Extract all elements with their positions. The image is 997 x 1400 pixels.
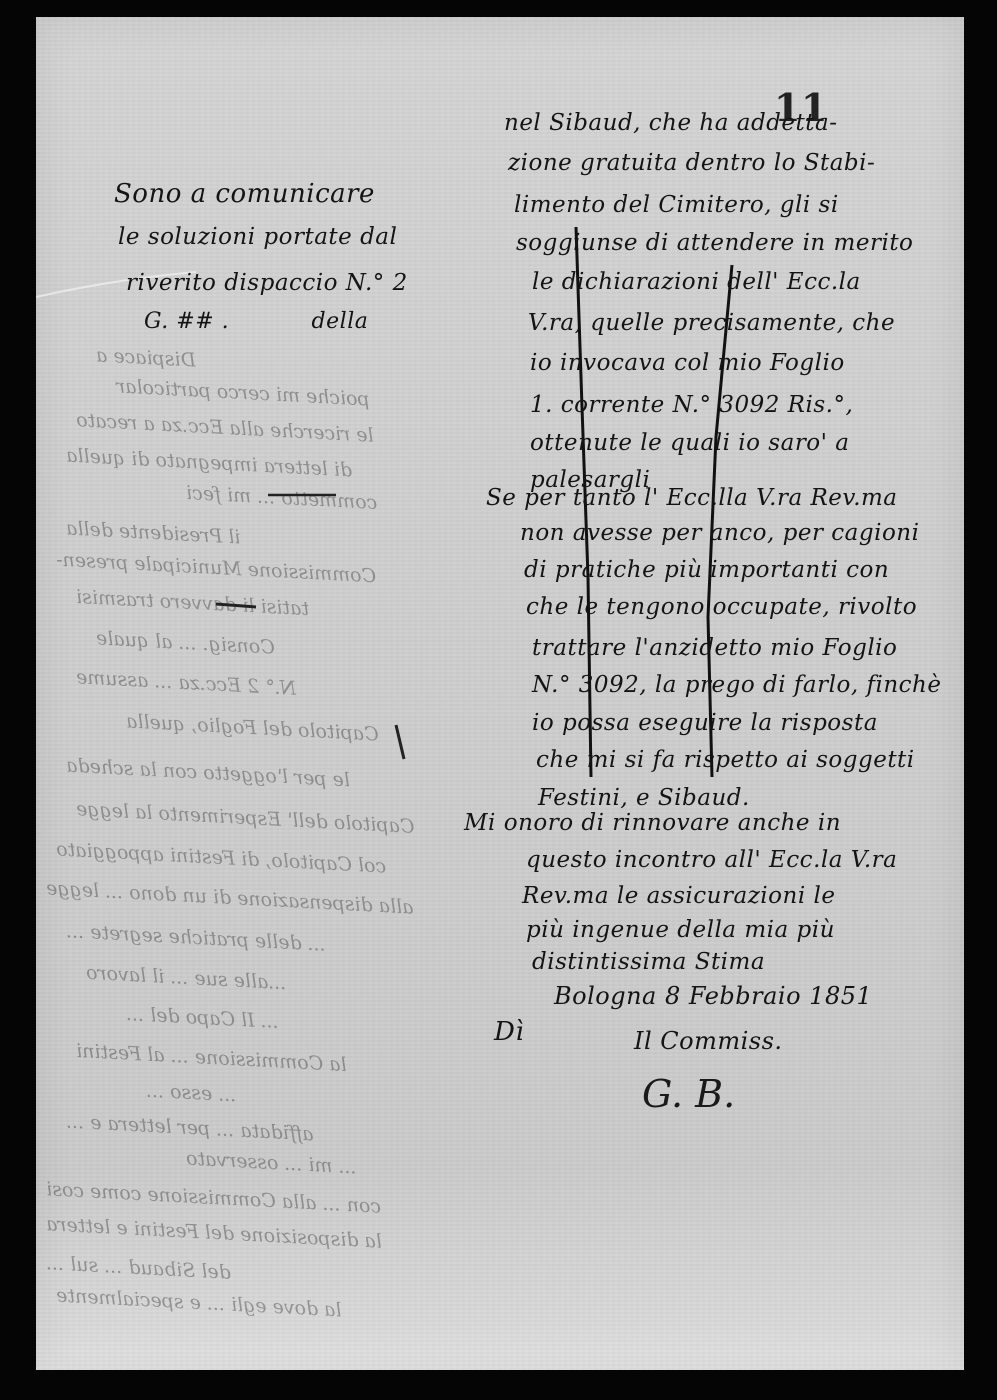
text-line: che mi si fa rispetto ai soggetti	[536, 747, 915, 773]
text-line: distintissima Stima	[532, 949, 765, 975]
signatory-title: Il Commiss.	[634, 1027, 783, 1055]
margin-note: Dì	[494, 1017, 524, 1047]
text-line: io invocava col mio Foglio	[530, 350, 845, 376]
heading-line: riverito dispaccio N.° 2	[126, 270, 408, 296]
text-line: trattare l'anzidetto mio Foglio	[532, 635, 897, 661]
bleed-line: Capitolo del Foglio, quella	[126, 710, 380, 745]
bleed-line: il Presidente della	[66, 517, 242, 548]
bleed-line: ... Il Capo del ...	[126, 1003, 280, 1033]
bleed-line: ... esso ...	[145, 1080, 237, 1107]
text-line: Festini, e Sibaud.	[538, 785, 750, 811]
text-line: Rev.ma le assicurazioni le	[522, 883, 835, 909]
bleed-line: Consig. ... al quale	[96, 627, 276, 658]
bleed-line: la disposizione del Festini e lettera	[46, 1213, 383, 1253]
bleed-line: la dove egli ... e specialmente	[56, 1285, 343, 1322]
text-line: ottenute le quali io saro' a	[530, 430, 850, 456]
heading-line: G. ## . della	[144, 309, 368, 334]
text-line: io possa eseguire la risposta	[532, 710, 878, 736]
heading-line: le soluzioni portate dal	[118, 224, 397, 250]
bleed-line: di lettera impegnato di quella	[66, 445, 353, 482]
text-line: nel Sibaud, che ha addetta-	[504, 110, 838, 136]
text-line: limento del Cimitero, gli si	[514, 192, 839, 218]
bleed-line: la Commissione ... al Festini	[76, 1040, 348, 1076]
bleed-line: Dispiace a	[95, 344, 196, 371]
bleed-line: alla dispensazione di un dono ... legge	[46, 877, 414, 918]
text-line: N.° 3092, la prego di farlo, finchè	[532, 672, 941, 698]
bleed-line: le per l'oggetto con la scheda	[66, 755, 351, 792]
text-line: 1. corrente N.° 3092 Ris.°,	[530, 392, 853, 418]
bleed-line: Capitolo dell' Esperimento la legge	[76, 798, 415, 838]
bleed-line: commetto ... mi feci	[186, 482, 378, 514]
text-line: Se per tanto l' Ecc.lla V.ra Rev.ma	[486, 485, 898, 511]
bleed-line: col Capitolo, di Festini appoggiato	[56, 838, 387, 877]
place-date: Bologna 8 Febbraio 1851	[554, 982, 872, 1010]
text-line: soggiunse di attendere in merito	[516, 230, 913, 256]
text-line: Mi onoro di rinnovare anche in	[464, 810, 841, 836]
text-line: questo incontro all' Ecc.la V.ra	[526, 847, 897, 873]
text-line: che le tengono occupate, rivolto	[526, 594, 917, 620]
heading-line: Sono a comunicare	[114, 179, 375, 209]
text-line: più ingenue della mia più	[526, 917, 835, 943]
bleed-line: N.° 2 Ecc.za ... assume	[76, 666, 297, 699]
bleed-line: le ricerche alla Ecc.za a recato	[76, 409, 375, 447]
bleed-line: poiche mi cerco particolar	[116, 375, 371, 410]
signature: G. B.	[642, 1072, 735, 1116]
bleed-line: tatisi li davvero trasmisi	[76, 586, 310, 620]
bleed-line: affidata ... per lettera e ...	[66, 1111, 315, 1146]
text-line: le dichiarazioni dell' Ecc.la	[532, 269, 861, 295]
text-line: V.ra, quelle precisamente, che	[528, 310, 895, 336]
text-line: di pratiche più importanti con	[524, 557, 889, 583]
bleed-line: ... mi ... osservato	[186, 1148, 358, 1179]
bleed-line: Commissione Municipale presen-	[56, 549, 377, 588]
manuscript-page: Dispiace a poiche mi cerco particolar le…	[36, 17, 964, 1370]
bleed-line: ...alle sue ... il lavoro	[86, 962, 287, 994]
text-line: zione gratuita dentro lo Stabi-	[508, 150, 875, 176]
bleed-line: con ... alla Commissione come cosi	[46, 1178, 382, 1218]
text-line: non avesse per anco, per cagioni	[520, 520, 919, 546]
bleed-line: ... delle pratiche segrete ...	[66, 920, 327, 956]
bleed-line: del Sibaud ... sul ...	[46, 1252, 232, 1284]
